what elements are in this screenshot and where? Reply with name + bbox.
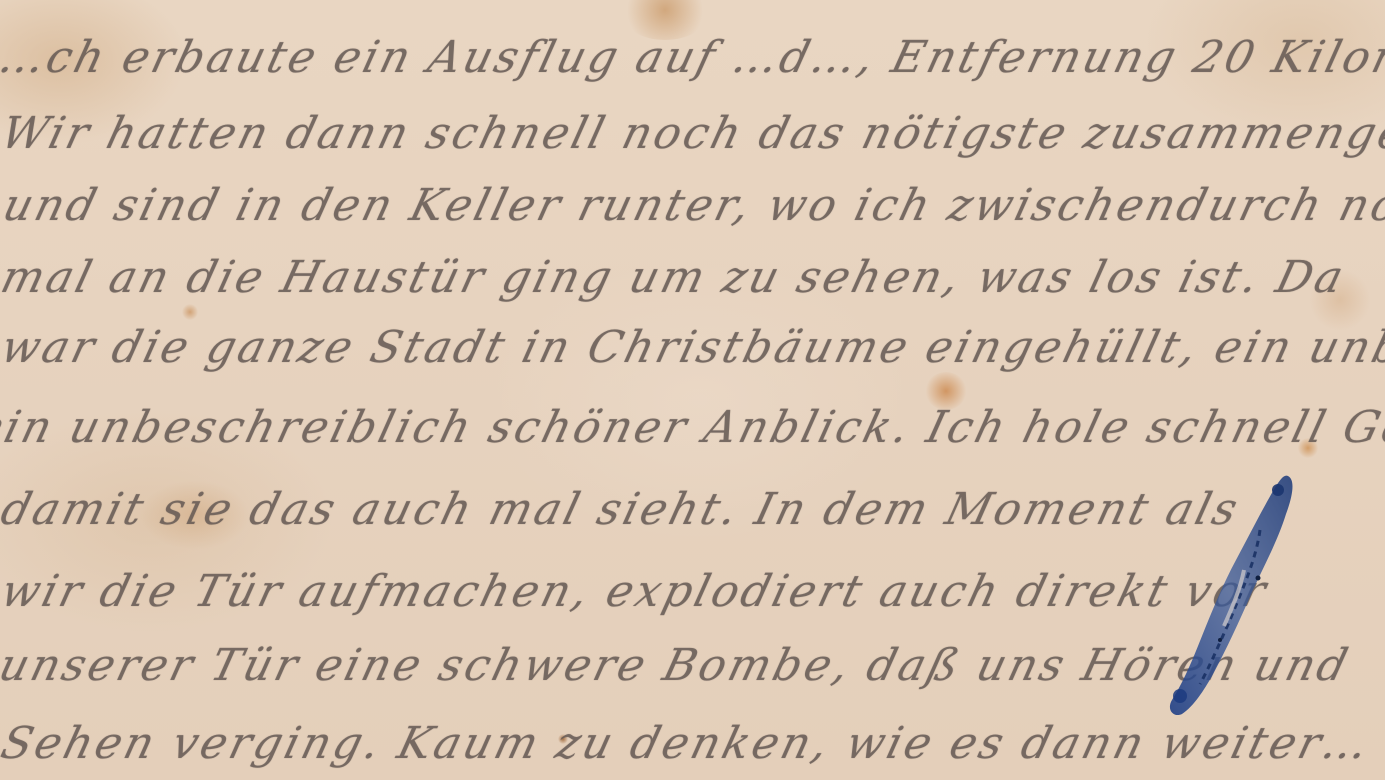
text-line-10: Sehen verging. Kaum zu denken, wie es da…: [0, 718, 1376, 769]
text-line-8: wir die Tür aufmachen, explodiert auch d…: [0, 566, 1274, 617]
text-line-6: ein unbeschreiblich schöner Anblick. Ich…: [0, 402, 1385, 453]
text-line-4: mal an die Haustür ging um zu sehen, was…: [0, 252, 1351, 303]
text-line-2: Wir hatten dann schnell noch das nötigst…: [0, 108, 1385, 159]
handwriting-lines: …ch erbaute ein Ausflug auf …d…, Entfern…: [0, 0, 1385, 780]
text-line-7: damit sie das auch mal sieht. In dem Mom…: [0, 484, 1245, 535]
text-line-5: war die ganze Stadt in Christbäume einge…: [0, 322, 1385, 373]
handwritten-page: …ch erbaute ein Ausflug auf …d…, Entfern…: [0, 0, 1385, 780]
text-line-9: unserer Tür eine schwere Bombe, daß uns …: [0, 640, 1355, 691]
text-line-1: …ch erbaute ein Ausflug auf …d…, Entfern…: [0, 32, 1385, 83]
text-line-3: und sind in den Keller runter, wo ich zw…: [0, 180, 1385, 231]
